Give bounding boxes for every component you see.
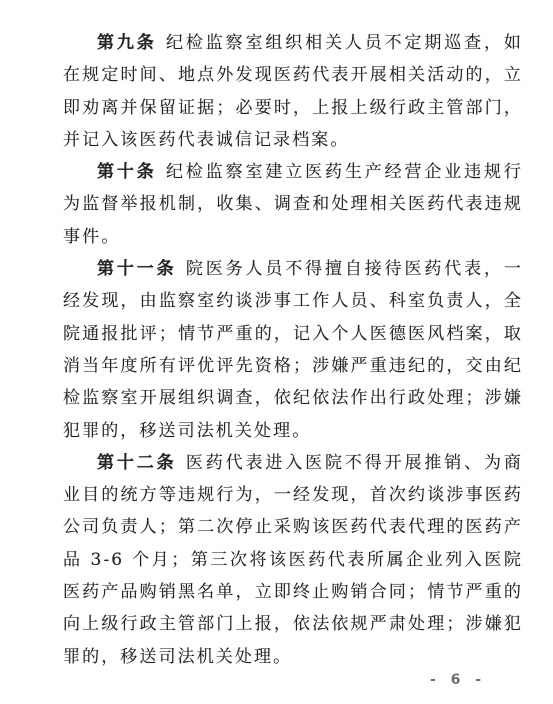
article-number: 第九条 <box>97 33 157 53</box>
article-number: 第十一条 <box>97 259 177 279</box>
document-page: 第九条纪检监察室组织相关人员不定期巡查，如在规定时间、地点外发现医药代表开展相关… <box>0 0 553 704</box>
article-text: 医药代表进入医院不得开展推销、为商业目的统方等违规行为，一经发现，首次约谈涉事医… <box>63 453 523 667</box>
article-text: 院医务人员不得擅自接待医药代表，一经发现，由监察室约谈涉事工作人员、科室负责人，… <box>63 259 523 440</box>
page-number: - 6 - <box>430 672 486 688</box>
article-number: 第十条 <box>97 162 157 182</box>
article-paragraph-9: 第九条纪检监察室组织相关人员不定期巡查，如在规定时间、地点外发现医药代表开展相关… <box>63 27 523 156</box>
article-paragraph-10: 第十条纪检监察室建立医药生产经营企业违规行为监督举报机制，收集、调查和处理相关医… <box>63 156 523 253</box>
article-paragraph-12: 第十二条医药代表进入医院不得开展推销、为商业目的统方等违规行为，一经发现，首次约… <box>63 447 523 673</box>
article-paragraph-11: 第十一条院医务人员不得擅自接待医药代表，一经发现，由监察室约谈涉事工作人员、科室… <box>63 253 523 447</box>
article-number: 第十二条 <box>97 453 177 473</box>
document-body: 第九条纪检监察室组织相关人员不定期巡查，如在规定时间、地点外发现医药代表开展相关… <box>63 27 523 673</box>
